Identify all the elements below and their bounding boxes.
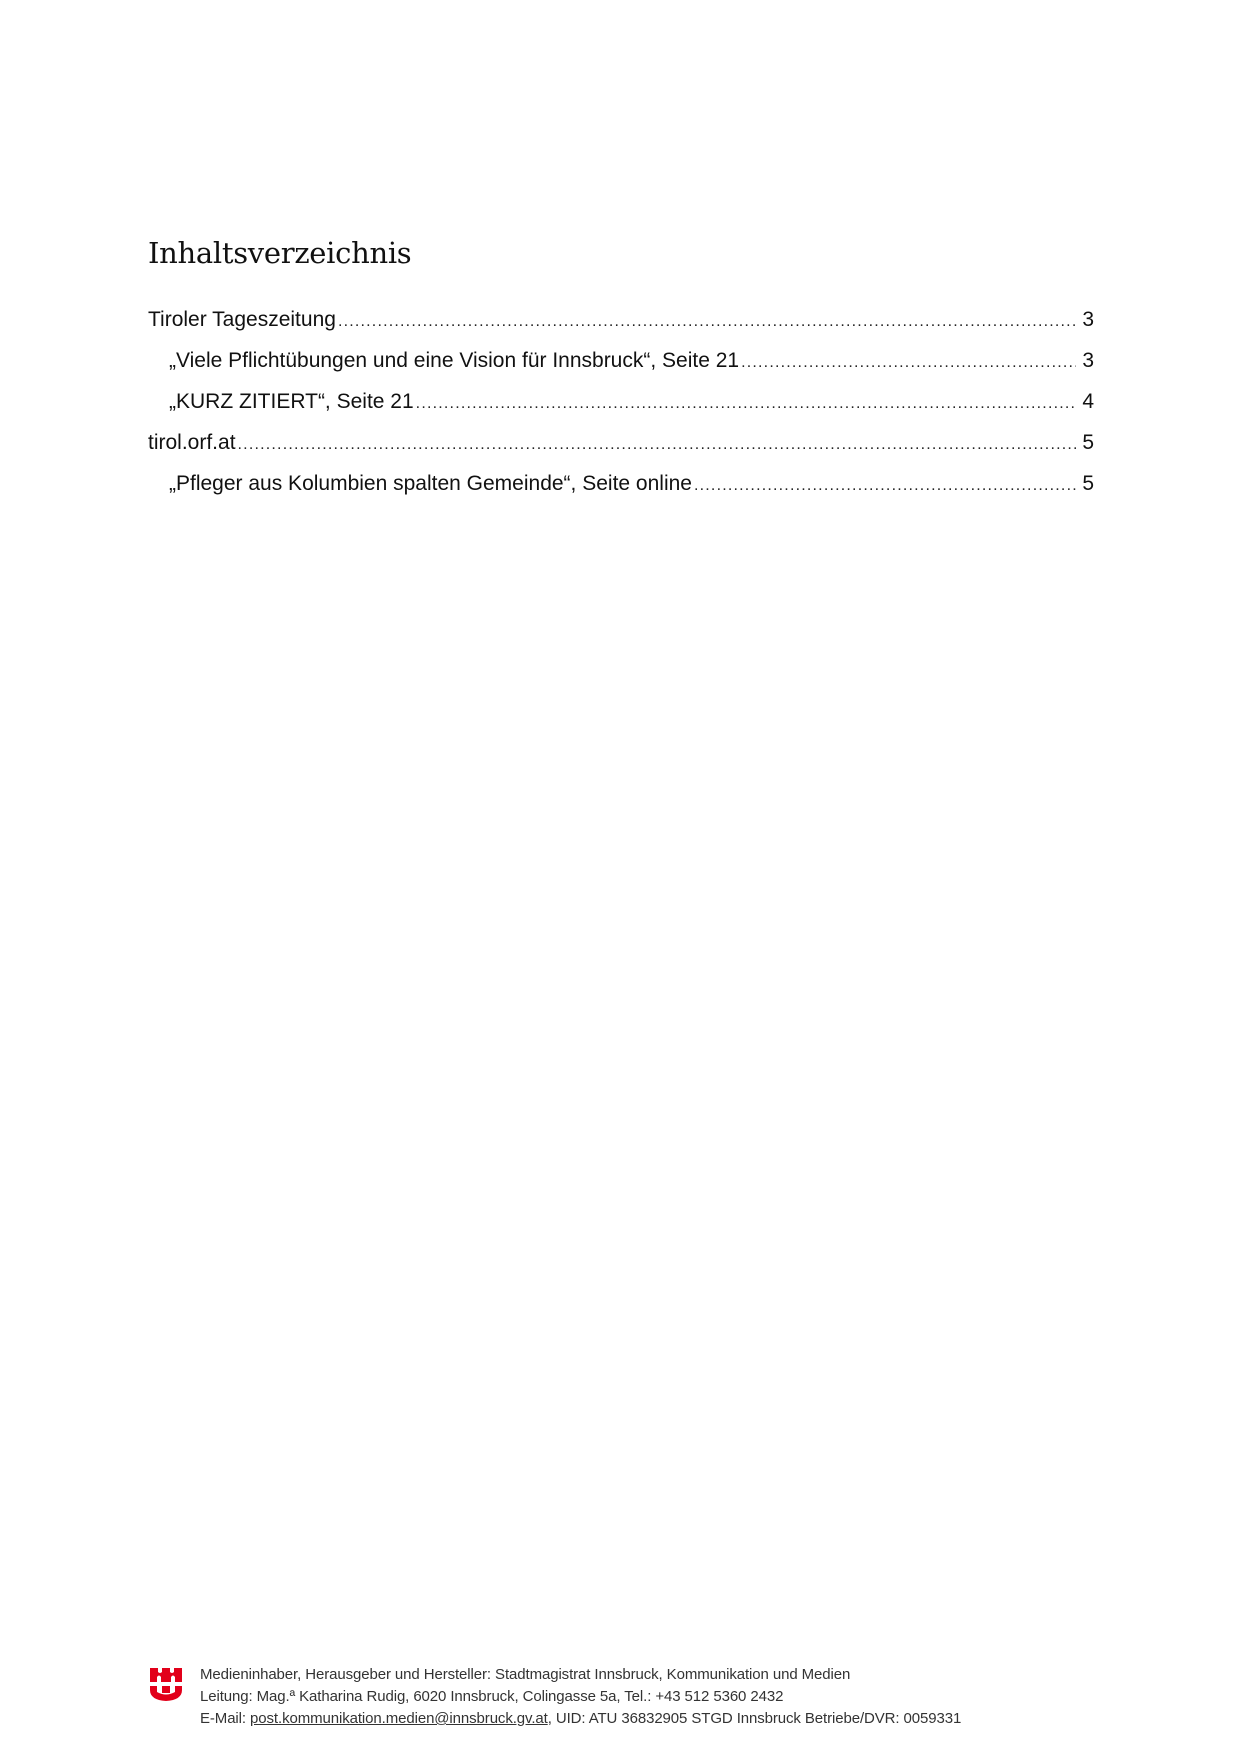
footer-email-link[interactable]: post.kommunikation.medien@innsbruck.gv.a… (250, 1710, 548, 1727)
toc-entry-tiroler-tageszeitung[interactable]: Tiroler Tageszeitung 3 (148, 308, 1094, 349)
dot-leader (416, 395, 1076, 413)
toc-entry-viele-pflichtuebungen[interactable]: „Viele Pflichtübungen und eine Vision fü… (148, 349, 1094, 390)
footer-email-prefix: E-Mail: (200, 1710, 250, 1727)
toc-entry-label: „Pfleger aus Kolumbien spalten Gemeinde“… (169, 472, 692, 496)
dot-leader (238, 436, 1076, 454)
dot-leader (694, 477, 1076, 495)
toc-entry-page: 3 (1080, 308, 1094, 332)
dot-leader (338, 313, 1076, 331)
footer-registration-info: , UID: ATU 36832905 STGD Innsbruck Betri… (548, 1710, 962, 1727)
table-of-contents: Tiroler Tageszeitung 3 „Viele Pflichtübu… (148, 308, 1094, 513)
footer-publisher-line: Medieninhaber, Herausgeber und Herstelle… (200, 1664, 961, 1686)
toc-entry-kurz-zitiert[interactable]: „KURZ ZITIERT“, Seite 21 4 (148, 390, 1094, 431)
innsbruck-city-logo-icon (150, 1666, 182, 1702)
toc-entry-page: 4 (1080, 390, 1094, 414)
footer-email-line: E-Mail: post.kommunikation.medien@innsbr… (200, 1708, 961, 1730)
page-title: Inhaltsverzeichnis (148, 236, 411, 270)
footer-imprint: Medieninhaber, Herausgeber und Herstelle… (200, 1664, 961, 1730)
toc-entry-tirol-orf-at[interactable]: tirol.orf.at 5 (148, 431, 1094, 472)
page-footer: Medieninhaber, Herausgeber und Herstelle… (150, 1664, 1110, 1730)
toc-entry-page: 5 (1080, 431, 1094, 455)
toc-entry-page: 5 (1080, 472, 1094, 496)
footer-contact-line: Leitung: Mag.ª Katharina Rudig, 6020 Inn… (200, 1686, 961, 1708)
dot-leader (741, 354, 1076, 372)
toc-entry-label: „KURZ ZITIERT“, Seite 21 (169, 390, 414, 414)
toc-entry-pfleger-aus-kolumbien[interactable]: „Pfleger aus Kolumbien spalten Gemeinde“… (148, 472, 1094, 513)
toc-entry-page: 3 (1080, 349, 1094, 373)
toc-entry-label: tirol.orf.at (148, 431, 236, 455)
toc-entry-label: Tiroler Tageszeitung (148, 308, 336, 332)
toc-entry-label: „Viele Pflichtübungen und eine Vision fü… (169, 349, 739, 373)
